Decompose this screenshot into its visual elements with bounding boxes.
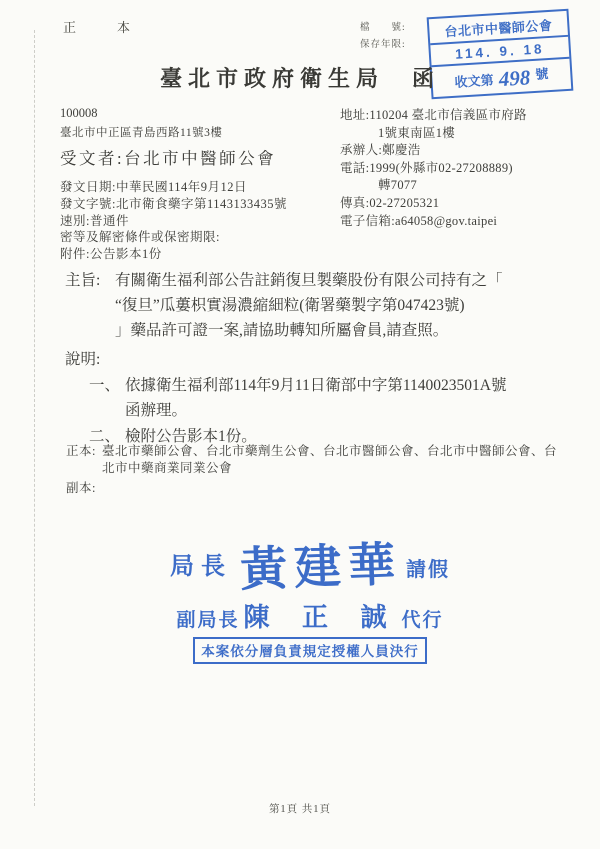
subject-line: 有關衛生福利部公告註銷復旦製藥股份有限公司持有之「 [115, 268, 503, 293]
page-number: 第1頁 共1頁 [0, 801, 600, 816]
explanation-label: 說明: [65, 347, 582, 372]
subject-label: 主旨: [65, 268, 115, 343]
file-number-block: 檔 號: 保存年限: [360, 20, 406, 53]
item-1-number: 一、 [89, 373, 125, 423]
subject-line: “復旦”瓜蔞枳實湯濃縮細粒(衛署藥製字第047423號) [115, 293, 503, 318]
item-1-line: 依據衛生福利部114年9月11日衛部中字第1140023501A號 [125, 373, 506, 398]
subject-section: 主旨: 有關衛生福利部公告註銷復旦製藥股份有限公司持有之「 “復旦”瓜蔞枳實湯濃… [65, 268, 582, 343]
explanation-items: 一、 依據衛生福利部114年9月11日衛部中字第1140023501A號 函辦理… [65, 373, 582, 449]
delegation-note-box: 本案依分層負責規定授權人員決行 [193, 637, 427, 664]
case-officer: 承辦人:鄭慶浩 [340, 142, 586, 160]
office-address-line2: 1號東南區1樓 [340, 125, 586, 143]
file-number-label: 檔 號: [360, 20, 406, 37]
original-list-line: 臺北市藥師公會、台北市藥劑生公會、台北市醫師公會、台北市中醫師公會、台 [102, 443, 557, 460]
fax-number: 傳真:02-27205321 [340, 195, 586, 213]
signature-stamp: 局長 黃建華 請假 副局長 陳 正 誠 代行 本案依分層負責規定授權人員決行 [140, 530, 480, 664]
contact-column: 地址:110204 臺北市信義區市府路 1號東南區1樓 承辦人:鄭慶浩 電話:1… [340, 106, 586, 263]
retention-period-label: 保存年限: [360, 37, 406, 54]
security-class: 密等及解密條件或保密期限: [60, 229, 340, 246]
copy-recipients: 副本: [66, 480, 580, 497]
recipient-line: 受文者:台北市中醫師公會 [60, 145, 340, 169]
recipient-address: 臺北市中正區青島西路11號3樓 [60, 124, 340, 140]
meta-section: 100008 臺北市中正區青島西路11號3樓 受文者:台北市中醫師公會 發文日期… [60, 106, 586, 263]
item-1-line: 函辦理。 [125, 398, 506, 423]
distribution-section: 正本: 臺北市藥師公會、台北市藥劑生公會、台北市醫師公會、台北市中醫師公會、台 … [66, 443, 580, 497]
speed-class: 速別:普通件 [60, 213, 340, 230]
deputy-status: 代行 [402, 605, 444, 632]
original-label: 正本: [66, 443, 102, 477]
director-title: 局長 [170, 546, 232, 581]
deputy-title: 副局長 [176, 605, 239, 632]
director-signature-row: 局長 黃建華 請假 [140, 530, 480, 597]
binding-dotted-line [34, 30, 35, 806]
original-list: 臺北市藥師公會、台北市藥劑生公會、台北市醫師公會、台北市中醫師公會、台 北市中藥… [102, 443, 557, 477]
item-1-text: 依據衛生福利部114年9月11日衛部中字第1140023501A號 函辦理。 [125, 373, 506, 423]
recipient-column: 100008 臺北市中正區青島西路11號3樓 受文者:台北市中醫師公會 發文日期… [60, 106, 340, 263]
director-name-calligraphy: 黃建華 [239, 527, 403, 600]
phone-line2: 轉7077 [340, 177, 586, 195]
phone-line1: 電話:1999(外縣市02-27208889) [340, 160, 586, 178]
attachment-note: 附件:公告影本1份 [60, 246, 340, 263]
office-address-line1: 地址:110204 臺北市信義區市府路 [340, 107, 586, 125]
email-address: 電子信箱:a64058@gov.taipei [340, 213, 586, 231]
letter-body: 主旨: 有關衛生福利部公告註銷復旦製藥股份有限公司持有之「 “復旦”瓜蔞枳實湯濃… [65, 268, 582, 449]
original-recipients: 正本: 臺北市藥師公會、台北市藥劑生公會、台北市醫師公會、台北市中醫師公會、台 … [66, 443, 580, 477]
original-list-line: 北市中藥商業同業公會 [102, 460, 557, 477]
subject-line: 」藥品許可證一案,請協助轉知所屬會員,請查照。 [115, 318, 503, 343]
deputy-signature-row: 副局長 陳 正 誠 代行 [140, 597, 480, 634]
explanation-item-1: 一、 依據衛生福利部114年9月11日衛部中字第1140023501A號 函辦理… [89, 373, 582, 423]
scanned-official-letter: 正 本 檔 號: 保存年限: 台北市中醫師公會 114. 9. 18 收文第 4… [0, 0, 600, 849]
director-status: 請假 [406, 553, 450, 582]
issue-meta-lines: 發文日期:中華民國114年9月12日 發文字號:北市衛食藥字第114313343… [60, 179, 340, 263]
copy-type-label: 正 本 [63, 17, 144, 36]
subject-text: 有關衛生福利部公告註銷復旦製藥股份有限公司持有之「 “復旦”瓜蔞枳實湯濃縮細粒(… [115, 268, 503, 343]
document-title: 臺北市政府衛生局 函 [0, 62, 600, 93]
recipient-code: 100008 [60, 106, 340, 121]
issue-date: 發文日期:中華民國114年9月12日 [60, 179, 340, 196]
issue-number: 發文字號:北市衛食藥字第1143133435號 [60, 196, 340, 213]
deputy-name: 陳 正 誠 [243, 597, 399, 634]
copy-label: 副本: [66, 480, 102, 497]
